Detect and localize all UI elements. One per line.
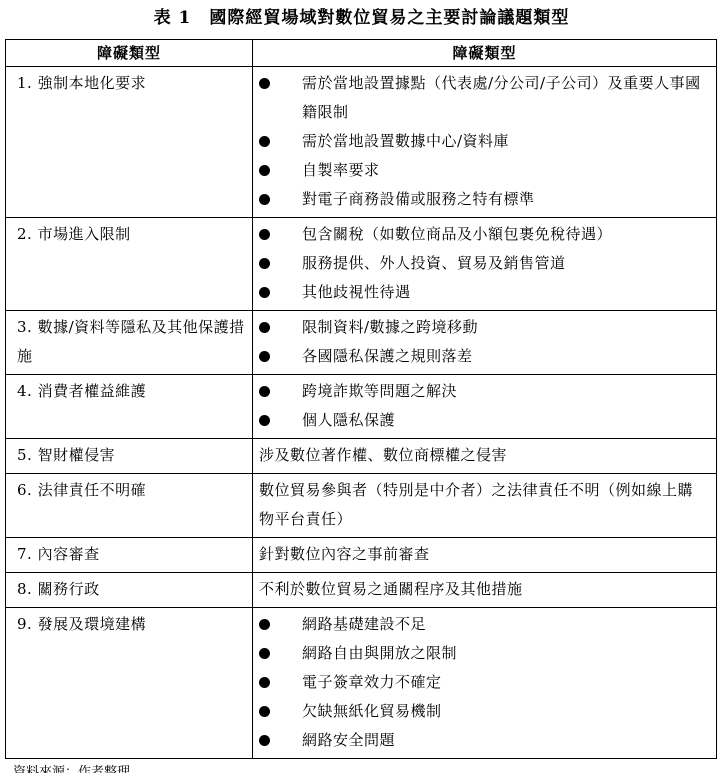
barrier-detail-cell: 數位貿易參與者（特別是中介者）之法律責任不明（例如線上購物平台責任） bbox=[253, 474, 717, 538]
item-text: 其他歧視性待遇 bbox=[270, 278, 411, 307]
bullet-icon bbox=[259, 258, 270, 269]
table-row: 8. 關務行政不利於數位貿易之通關程序及其他措施 bbox=[6, 573, 717, 608]
detail-text-line: 數位貿易參與者（特別是中介者）之法律責任不明（例如線上購物平台責任） bbox=[259, 476, 708, 534]
paper-page: 表 1 國際經貿場域對數位貿易之主要討論議題類型 障礙類型 障礙類型 1. 強制… bbox=[0, 0, 723, 773]
digital-trade-topics-table: 障礙類型 障礙類型 1. 強制本地化要求需於當地設置據點（代表處/分公司/子公司… bbox=[5, 39, 717, 759]
bullet-icon bbox=[259, 229, 270, 240]
item-text: 數位貿易參與者（特別是中介者）之法律責任不明（例如線上購物平台責任） bbox=[259, 476, 708, 534]
item-text: 欠缺無紙化貿易機制 bbox=[270, 697, 442, 726]
bullet-icon bbox=[259, 78, 270, 89]
bullet-icon bbox=[259, 619, 270, 630]
bullet-icon bbox=[259, 648, 270, 659]
item-text: 針對數位內容之事前審查 bbox=[259, 540, 430, 569]
header-row: 障礙類型 障礙類型 bbox=[6, 40, 717, 67]
table-row: 9. 發展及環境建構網路基礎建設不足網路自由與開放之限制電子簽章效力不確定欠缺無… bbox=[6, 608, 717, 759]
table-row: 3. 數據/資料等隱私及其他保護措施限制資料/數據之跨境移動各國隱私保護之規則落… bbox=[6, 311, 717, 375]
bullet-icon bbox=[259, 194, 270, 205]
detail-text-line: 涉及數位著作權、數位商標權之侵害 bbox=[259, 441, 708, 470]
item-text: 網路基礎建設不足 bbox=[270, 610, 426, 639]
bullet-list-item: 網路自由與開放之限制 bbox=[259, 639, 708, 668]
bullet-icon bbox=[259, 386, 270, 397]
barrier-type-cell: 4. 消費者權益維護 bbox=[6, 375, 253, 439]
item-text: 包含關稅（如數位商品及小額包裹免稅待遇） bbox=[270, 220, 612, 249]
bullet-icon bbox=[259, 165, 270, 176]
item-text: 自製率要求 bbox=[270, 156, 380, 185]
bullet-list-item: 對電子商務設備或服務之特有標準 bbox=[259, 185, 708, 214]
bullet-list-item: 跨境詐欺等問題之解決 bbox=[259, 377, 708, 406]
item-text: 網路自由與開放之限制 bbox=[270, 639, 457, 668]
table-row: 7. 內容審查針對數位內容之事前審查 bbox=[6, 538, 717, 573]
table-row: 6. 法律責任不明確數位貿易參與者（特別是中介者）之法律責任不明（例如線上購物平… bbox=[6, 474, 717, 538]
item-text: 網路安全問題 bbox=[270, 726, 395, 755]
bullet-icon bbox=[259, 677, 270, 688]
item-text: 服務提供、外人投資、貿易及銷售管道 bbox=[270, 249, 566, 278]
bullet-list-item: 需於當地設置數據中心/資料庫 bbox=[259, 127, 708, 156]
barrier-type-cell: 1. 強制本地化要求 bbox=[6, 67, 253, 218]
item-text: 跨境詐欺等問題之解決 bbox=[270, 377, 457, 406]
barrier-detail-cell: 需於當地設置據點（代表處/分公司/子公司）及重要人事國籍限制需於當地設置數據中心… bbox=[253, 67, 717, 218]
table-header: 障礙類型 障礙類型 bbox=[6, 40, 717, 67]
item-text: 需於當地設置數據中心/資料庫 bbox=[270, 127, 509, 156]
barrier-type-cell: 2. 市場進入限制 bbox=[6, 218, 253, 311]
bullet-list-item: 自製率要求 bbox=[259, 156, 708, 185]
barrier-detail-cell: 網路基礎建設不足網路自由與開放之限制電子簽章效力不確定欠缺無紙化貿易機制網路安全… bbox=[253, 608, 717, 759]
bullet-list-item: 各國隱私保護之規則落差 bbox=[259, 342, 708, 371]
bullet-icon bbox=[259, 706, 270, 717]
bullet-icon bbox=[259, 136, 270, 147]
barrier-type-cell: 8. 關務行政 bbox=[6, 573, 253, 608]
barrier-type-cell: 3. 數據/資料等隱私及其他保護措施 bbox=[6, 311, 253, 375]
table-row: 2. 市場進入限制包含關稅（如數位商品及小額包裹免稅待遇）服務提供、外人投資、貿… bbox=[6, 218, 717, 311]
item-text: 個人隱私保護 bbox=[270, 406, 395, 435]
item-text: 對電子商務設備或服務之特有標準 bbox=[270, 185, 535, 214]
bullet-list-item: 服務提供、外人投資、貿易及銷售管道 bbox=[259, 249, 708, 278]
bullet-list-item: 其他歧視性待遇 bbox=[259, 278, 708, 307]
item-text: 涉及數位著作權、數位商標權之侵害 bbox=[259, 441, 507, 470]
bullet-list-item: 個人隱私保護 bbox=[259, 406, 708, 435]
bullet-icon bbox=[259, 415, 270, 426]
barrier-detail-cell: 包含關稅（如數位商品及小額包裹免稅待遇）服務提供、外人投資、貿易及銷售管道其他歧… bbox=[253, 218, 717, 311]
bullet-list-item: 網路基礎建設不足 bbox=[259, 610, 708, 639]
barrier-detail-cell: 涉及數位著作權、數位商標權之侵害 bbox=[253, 439, 717, 474]
bullet-icon bbox=[259, 735, 270, 746]
table-row: 1. 強制本地化要求需於當地設置據點（代表處/分公司/子公司）及重要人事國籍限制… bbox=[6, 67, 717, 218]
bullet-list-item: 電子簽章效力不確定 bbox=[259, 668, 708, 697]
barrier-type-cell: 7. 內容審查 bbox=[6, 538, 253, 573]
item-text: 不利於數位貿易之通關程序及其他措施 bbox=[259, 575, 523, 604]
table-body: 1. 強制本地化要求需於當地設置據點（代表處/分公司/子公司）及重要人事國籍限制… bbox=[6, 67, 717, 759]
detail-text-line: 針對數位內容之事前審查 bbox=[259, 540, 708, 569]
item-text: 需於當地設置據點（代表處/分公司/子公司）及重要人事國籍限制 bbox=[270, 69, 708, 127]
barrier-detail-cell: 針對數位內容之事前審查 bbox=[253, 538, 717, 573]
table-row: 5. 智財權侵害涉及數位著作權、數位商標權之侵害 bbox=[6, 439, 717, 474]
item-text: 限制資料/數據之跨境移動 bbox=[270, 313, 478, 342]
barrier-type-cell: 9. 發展及環境建構 bbox=[6, 608, 253, 759]
bullet-list-item: 限制資料/數據之跨境移動 bbox=[259, 313, 708, 342]
barrier-type-cell: 6. 法律責任不明確 bbox=[6, 474, 253, 538]
table-caption: 表 1 國際經貿場域對數位貿易之主要討論議題類型 bbox=[0, 0, 723, 29]
table-row: 4. 消費者權益維護跨境詐欺等問題之解決個人隱私保護 bbox=[6, 375, 717, 439]
column-header-barrier-type-right: 障礙類型 bbox=[253, 40, 717, 67]
bullet-icon bbox=[259, 351, 270, 362]
bullet-list-item: 包含關稅（如數位商品及小額包裹免稅待遇） bbox=[259, 220, 708, 249]
bullet-icon bbox=[259, 287, 270, 298]
detail-text-line: 不利於數位貿易之通關程序及其他措施 bbox=[259, 575, 708, 604]
barrier-detail-cell: 跨境詐欺等問題之解決個人隱私保護 bbox=[253, 375, 717, 439]
barrier-type-cell: 5. 智財權侵害 bbox=[6, 439, 253, 474]
bullet-list-item: 網路安全問題 bbox=[259, 726, 708, 755]
column-header-barrier-type-left: 障礙類型 bbox=[6, 40, 253, 67]
bullet-list-item: 需於當地設置據點（代表處/分公司/子公司）及重要人事國籍限制 bbox=[259, 69, 708, 127]
bullet-list-item: 欠缺無紙化貿易機制 bbox=[259, 697, 708, 726]
barrier-detail-cell: 限制資料/數據之跨境移動各國隱私保護之規則落差 bbox=[253, 311, 717, 375]
source-note: 資料來源：作者整理。 bbox=[0, 759, 723, 773]
barrier-detail-cell: 不利於數位貿易之通關程序及其他措施 bbox=[253, 573, 717, 608]
bullet-icon bbox=[259, 322, 270, 333]
item-text: 各國隱私保護之規則落差 bbox=[270, 342, 473, 371]
item-text: 電子簽章效力不確定 bbox=[270, 668, 442, 697]
